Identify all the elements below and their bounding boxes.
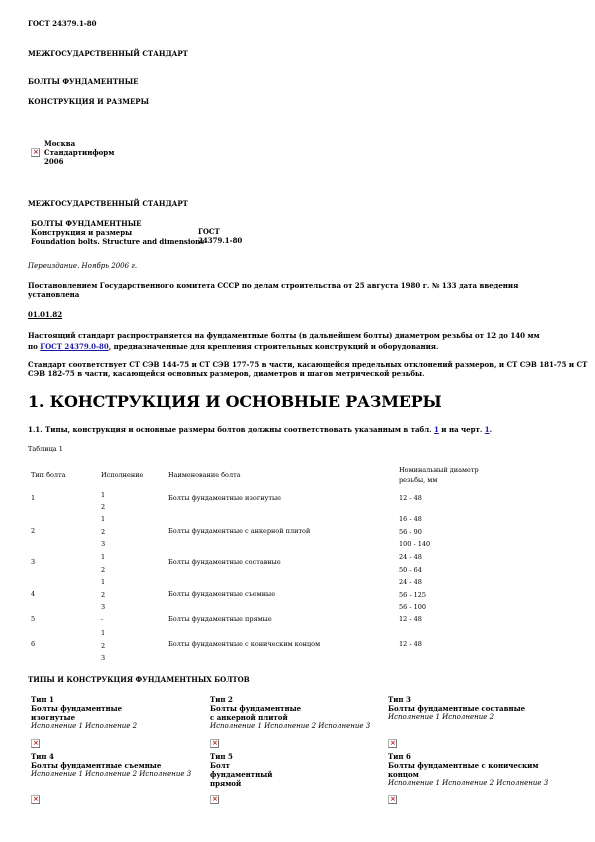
type-1-card: Тип 1 Болты фундаментные изогнутые Испол… [31, 695, 137, 731]
gost-block: ГОСТ 24379.1-80 [198, 227, 242, 245]
row2-name: Болты фундаментные с анкерной плитой [168, 527, 310, 536]
standard-type: МЕЖГОСУДАРСТВЕННЫЙ СТАНДАРТ [28, 49, 188, 58]
cover-title-line1: БОЛТЫ ФУНДАМЕНТНЫЕ [28, 77, 138, 86]
decree-line2: установлена [28, 290, 518, 299]
type-5-card: Тип 5 Болт фундаментный прямой [210, 752, 272, 788]
row2-diameters: 16 - 4856 - 90100 - 140 [399, 513, 430, 551]
compliance-paragraph: Стандарт соответствует СТ СЭВ 144-75 и С… [28, 360, 587, 378]
reissue-note: Переиздание. Ноябрь 2006 г. [28, 262, 137, 271]
scope-text2: , предназначенные для крепления строител… [109, 342, 439, 351]
row1-type: 1 [31, 494, 35, 503]
type-1-drawing-icon [31, 739, 40, 748]
row4-type: 4 [31, 590, 35, 599]
section-heading: 1. КОНСТРУКЦИЯ И ОСНОВНЫЕ РАЗМЕРЫ [28, 392, 442, 411]
cover-title-line2: КОНСТРУКЦИЯ И РАЗМЕРЫ [28, 97, 149, 106]
types-heading: ТИПЫ И КОНСТРУКЦИЯ ФУНДАМЕНТНЫХ БОЛТОВ [28, 675, 250, 684]
publisher-name: Стандартинформ [44, 148, 114, 157]
type-5-drawing-icon [210, 795, 219, 804]
compliance-line1: Стандарт соответствует СТ СЭВ 144-75 и С… [28, 360, 587, 369]
row6-name: Болты фундаментные с коническим концом [168, 640, 320, 649]
row6-variants: 123 [101, 627, 105, 665]
type-6-card: Тип 6 Болты фундаментные с коническим ко… [388, 752, 548, 788]
th-variant: Исполнение [101, 471, 143, 480]
th-diameter: Номинальный диаметр резьбы, мм [399, 465, 479, 485]
publisher-block: Москва Стандартинформ 2006 [44, 139, 114, 166]
row5-diameter: 12 - 48 [399, 615, 422, 624]
row1-diameter: 12 - 48 [399, 494, 422, 503]
table-caption: Таблица 1 [28, 445, 63, 454]
gost-number: 24379.1-80 [198, 236, 242, 245]
row5-variants: - [101, 615, 103, 624]
type-4-card: Тип 4 Болты фундаментные съемные Исполне… [31, 752, 191, 779]
gost-label: ГОСТ [198, 227, 242, 236]
gost-24379-0-link[interactable]: ГОСТ 24379.0-80 [40, 342, 108, 351]
row4-name: Болты фундаментные съемные [168, 590, 275, 599]
publisher-city: Москва [44, 139, 114, 148]
row2-variants: 123 [101, 513, 105, 551]
title-ru-1: БОЛТЫ ФУНДАМЕНТНЫЕ [31, 219, 204, 228]
type-2-drawing-icon [210, 739, 219, 748]
standard-type-2: МЕЖГОСУДАРСТВЕННЫЙ СТАНДАРТ [28, 199, 188, 208]
type-3-drawing-icon [388, 739, 397, 748]
th-name: Наименование болта [168, 471, 241, 480]
section-paragraph: 1.1. Типы, конструкция и основные размер… [28, 425, 492, 434]
row5-name: Болты фундаментные прямые [168, 615, 272, 624]
th-type: Тип болта [31, 471, 66, 480]
row6-type: 6 [31, 640, 35, 649]
decree-line1: Постановлением Государственного комитета… [28, 281, 518, 290]
doc-code: ГОСТ 24379.1-80 [28, 19, 96, 28]
compliance-line2: СЭВ 182-75 в части, касающейся основных … [28, 369, 587, 378]
row5-type: 5 [31, 615, 35, 624]
row3-type: 3 [31, 558, 35, 567]
row1-name: Болты фундаментные изогнутые [168, 494, 281, 503]
row3-diameters: 24 - 4850 - 64 [399, 551, 422, 576]
type-2-card: Тип 2 Болты фундаментные с анкерной плит… [210, 695, 370, 731]
row4-diameters: 24 - 4856 - 12556 - 100 [399, 576, 426, 614]
publisher-year: 2006 [44, 157, 114, 166]
title-ru-2: Конструкция и размеры [31, 228, 204, 237]
type-6-drawing-icon [388, 795, 397, 804]
row4-variants: 123 [101, 576, 105, 614]
row6-diameter: 12 - 48 [399, 640, 422, 649]
row3-variants: 12 [101, 551, 105, 576]
effective-date: 01.01.82 [28, 310, 62, 319]
type-4-drawing-icon [31, 795, 40, 804]
title-block: БОЛТЫ ФУНДАМЕНТНЫЕ Конструкция и размеры… [31, 219, 204, 246]
row2-type: 2 [31, 527, 35, 536]
row3-name: Болты фундаментные составные [168, 558, 281, 567]
title-en: Foundation bolts. Structure and dimensio… [31, 237, 204, 246]
scope-paragraph: Настоящий стандарт распространяется на ф… [28, 330, 548, 352]
row1-variants: 12 [101, 489, 105, 513]
type-3-card: Тип 3 Болты фундаментные составные Испол… [388, 695, 525, 722]
publisher-logo-icon [31, 148, 40, 157]
decree-paragraph: Постановлением Государственного комитета… [28, 281, 518, 299]
